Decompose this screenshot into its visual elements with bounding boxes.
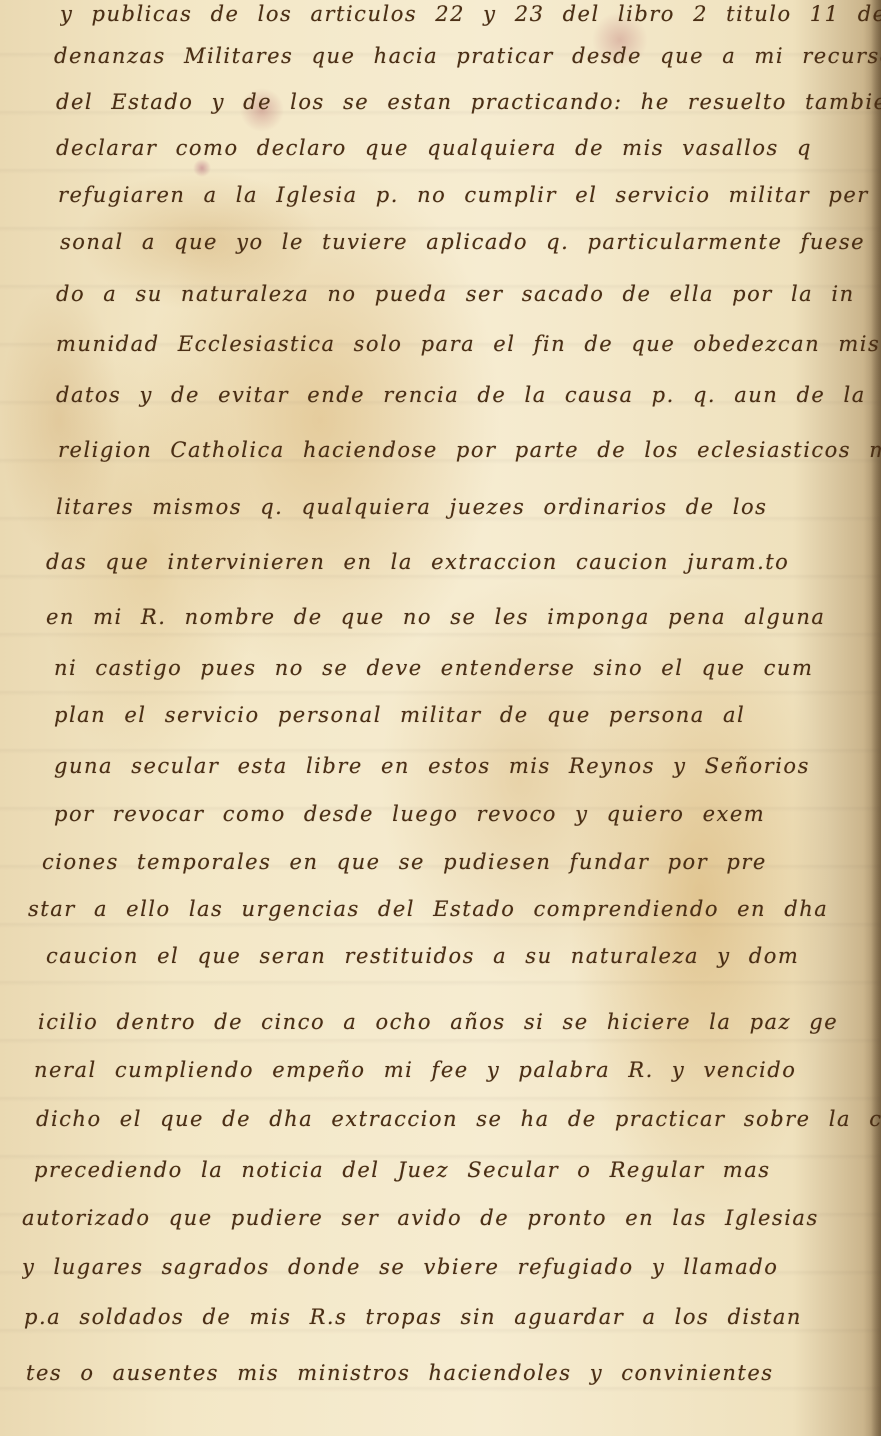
manuscript-line-1: y publicas de los articulos 22 y 23 del … xyxy=(60,2,881,26)
manuscript-page: y publicas de los articulos 22 y 23 del … xyxy=(0,0,881,1436)
manuscript-line-28: tes o ausentes mis ministros haciendoles… xyxy=(26,1361,881,1385)
manuscript-line-19: star a ello las urgencias del Estado com… xyxy=(28,897,881,921)
manuscript-line-12: das que intervinieren en la extraccion c… xyxy=(46,550,881,574)
manuscript-line-18: ciones temporales en que se pudiesen fun… xyxy=(42,850,881,874)
manuscript-line-21: icilio dentro de cinco a ocho años si se… xyxy=(38,1010,881,1034)
manuscript-line-14: ni castigo pues no se deve entenderse si… xyxy=(54,656,881,680)
manuscript-line-9: datos y de evitar ende rencia de la caus… xyxy=(56,383,881,407)
manuscript-line-7: do a su naturaleza no pueda ser sacado d… xyxy=(56,282,881,306)
manuscript-line-2: denanzas Militares que hacia praticar de… xyxy=(54,44,881,68)
manuscript-line-25: autorizado que pudiere ser avido de pron… xyxy=(22,1206,881,1230)
manuscript-line-23: dicho el que de dha extraccion se ha de … xyxy=(36,1107,881,1131)
manuscript-line-4: declarar como declaro que qualquiera de … xyxy=(56,136,881,160)
manuscript-line-20: caucion el que seran restituidos a su na… xyxy=(46,944,881,968)
manuscript-line-10: religion Catholica haciendose por parte … xyxy=(58,438,881,462)
manuscript-line-8: munidad Ecclesiastica solo para el fin d… xyxy=(56,332,881,356)
manuscript-line-5: refugiaren a la Iglesia p. no cumplir el… xyxy=(58,183,881,207)
manuscript-line-17: por revocar como desde luego revoco y qu… xyxy=(54,802,881,826)
manuscript-line-15: plan el servicio personal militar de que… xyxy=(54,703,881,727)
manuscript-line-27: p.a soldados de mis R.s tropas sin aguar… xyxy=(24,1305,881,1329)
manuscript-line-26: y lugares sagrados donde se vbiere refug… xyxy=(22,1255,881,1279)
manuscript-line-11: litares mismos q. qualquiera juezes ordi… xyxy=(56,495,881,519)
manuscript-line-3: del Estado y de los se estan practicando… xyxy=(56,90,881,114)
manuscript-line-22: neral cumpliendo empeño mi fee y palabra… xyxy=(34,1058,881,1082)
manuscript-line-13: en mi R. nombre de que no se les imponga… xyxy=(46,605,881,629)
manuscript-line-6: sonal a que yo le tuviere aplicado q. pa… xyxy=(60,230,881,254)
manuscript-line-24: precediendo la noticia del Juez Secular … xyxy=(34,1158,881,1182)
manuscript-line-16: guna secular esta libre en estos mis Rey… xyxy=(54,754,881,778)
